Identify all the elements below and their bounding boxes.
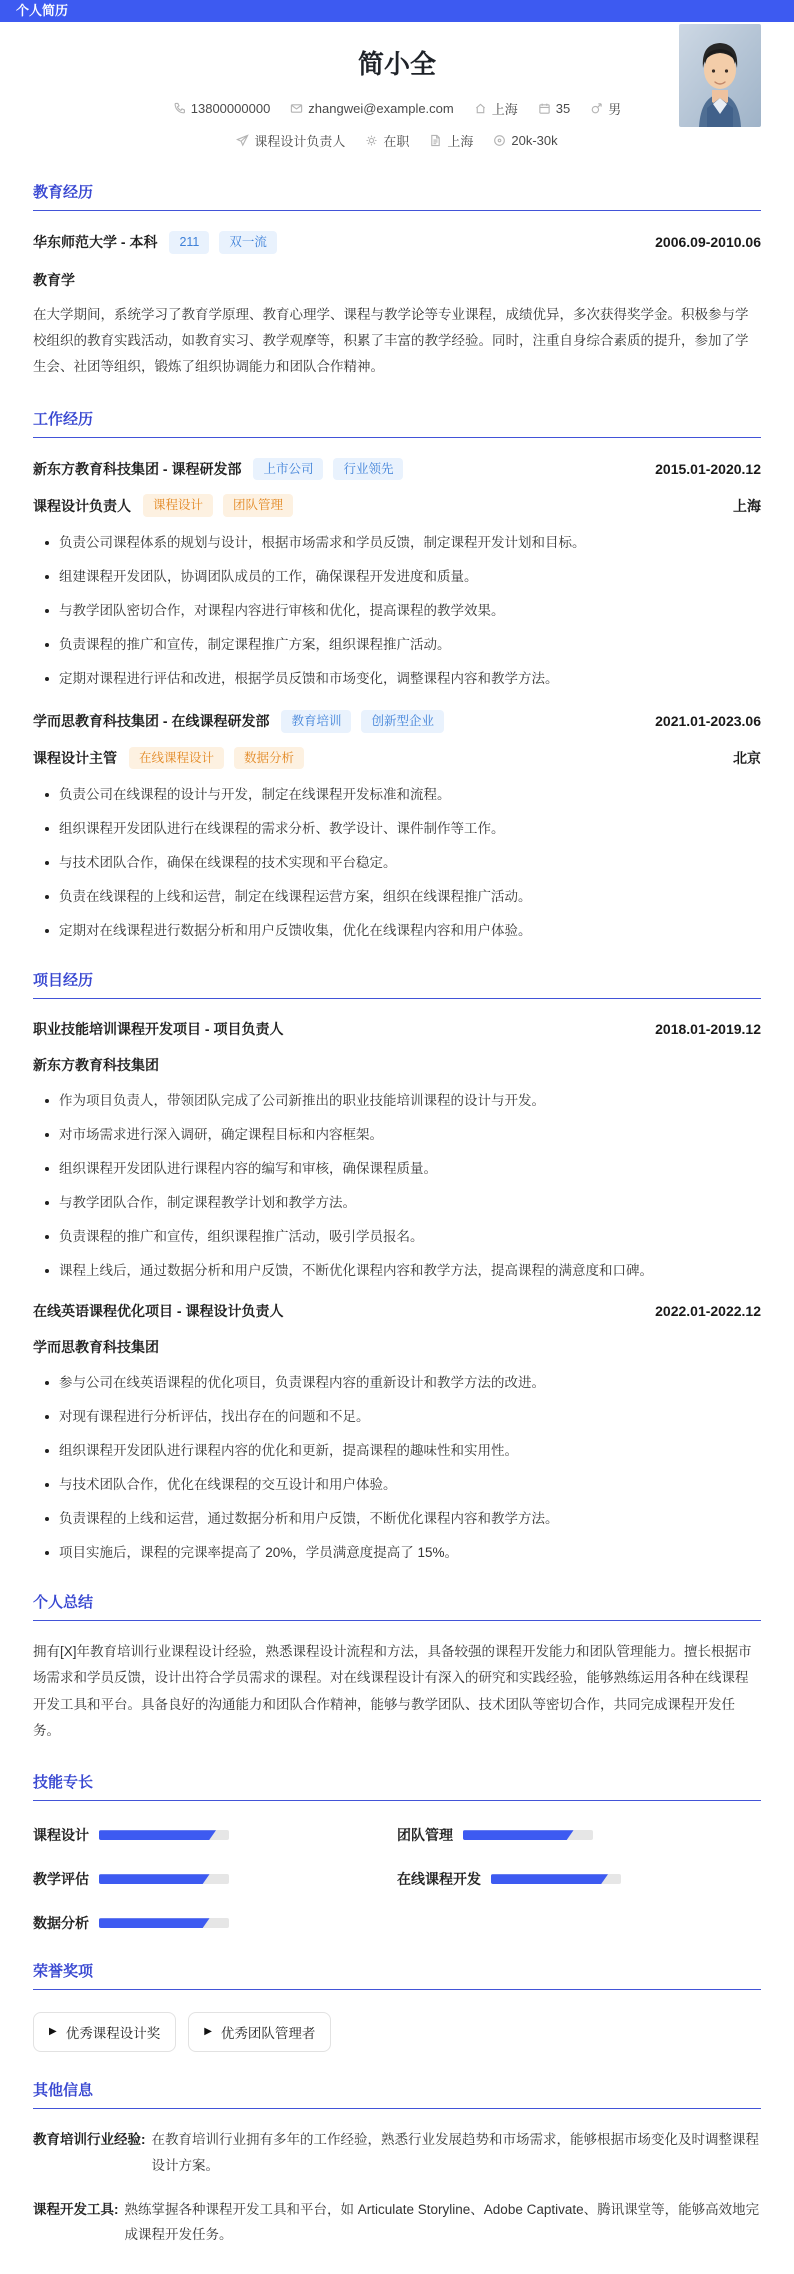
resume-header: 简小全 13800000000 zhangwei@example.com 上海 <box>33 22 761 154</box>
skill-row: 团队管理 <box>397 1825 761 1845</box>
work-date: 2021.01-2023.06 <box>655 713 761 729</box>
skill-bar-track <box>99 1830 229 1840</box>
section-summary: 个人总结 拥有[X]年教育培训行业课程设计经验，熟悉课程设计流程和方法，具备较强… <box>33 1591 761 1744</box>
age-value: 35 <box>556 101 570 116</box>
city-item: 上海 <box>429 131 473 150</box>
position-icon <box>236 134 249 147</box>
work-entry-head: 新东方教育科技集团 - 课程研发部 上市公司 行业领先 2015.01-2020… <box>33 458 761 481</box>
other-item-label: 课程开发工具: <box>33 2197 119 2248</box>
skill-label: 课程设计 <box>33 1825 89 1845</box>
project-title: 在线英语课程优化项目 - 课程设计负责人 <box>33 1301 283 1321</box>
project-bullet: 作为项目负责人，带领团队完成了公司新推出的职业技能培训课程的设计与开发。 <box>45 1091 761 1112</box>
work-bullet: 负责公司在线课程的设计与开发，制定在线课程开发标准和流程。 <box>45 785 761 806</box>
honor-badge-button[interactable]: ▶ 优秀团队管理者 <box>188 2012 331 2052</box>
other-item-label: 教育培训行业经验: <box>33 2127 146 2178</box>
skill-bar-track <box>99 1874 229 1884</box>
play-triangle-icon: ▶ <box>49 2027 57 2037</box>
company-name: 学而思教育科技集团 - 在线课程研发部 <box>33 711 269 731</box>
phone-value: 13800000000 <box>191 101 271 116</box>
work-location: 上海 <box>733 496 761 516</box>
profile-photo <box>679 24 761 127</box>
summary-heading: 个人总结 <box>33 1591 761 1621</box>
position-title: 课程设计负责人 <box>33 496 131 516</box>
status-value: 在职 <box>383 131 409 150</box>
skill-label: 团队管理 <box>397 1825 453 1845</box>
company-tags: 上市公司 行业领先 <box>253 458 403 481</box>
age-item: 35 <box>538 101 570 116</box>
position-item: 课程设计负责人 <box>236 131 345 150</box>
company-tag: 教育培训 <box>281 710 351 733</box>
summary-text: 拥有[X]年教育培训行业课程设计经验，熟悉课程设计流程和方法，具备较强的课程开发… <box>33 1639 761 1744</box>
age-icon <box>538 102 551 115</box>
projects-heading: 项目经历 <box>33 969 761 999</box>
project-bullet: 对现有课程进行分析评估，找出存在的问题和不足。 <box>45 1407 761 1428</box>
email-icon <box>290 102 303 115</box>
other-heading: 其他信息 <box>33 2079 761 2109</box>
work-entry-head: 学而思教育科技集团 - 在线课程研发部 教育培训 创新型企业 2021.01-2… <box>33 710 761 733</box>
phone-item: 13800000000 <box>173 101 271 116</box>
project-bullet: 组织课程开发团队进行课程内容的优化和更新，提高课程的趣味性和实用性。 <box>45 1441 761 1462</box>
work-bullet: 与技术团队合作，确保在线课程的技术实现和平台稳定。 <box>45 853 761 874</box>
skill-row: 教学评估 <box>33 1869 397 1889</box>
phone-icon <box>173 102 186 115</box>
salary-value: 20k-30k <box>511 133 557 148</box>
app-titlebar: 个人简历 <box>0 0 794 22</box>
skill-row: 课程设计 <box>33 1825 397 1845</box>
home-icon <box>474 102 487 115</box>
skill-bar-fill <box>463 1830 574 1840</box>
skill-row: 数据分析 <box>33 1913 397 1933</box>
work-entry: 学而思教育科技集团 - 在线课程研发部 教育培训 创新型企业 2021.01-2… <box>33 710 761 942</box>
project-bullet: 负责课程的上线和运营，通过数据分析和用户反馈，不断优化课程内容和教学方法。 <box>45 1509 761 1530</box>
work-bullet: 组织课程开发团队进行在线课程的需求分析、教学设计、课件制作等工作。 <box>45 819 761 840</box>
position-tags: 在线课程设计 数据分析 <box>129 747 304 770</box>
email-item: zhangwei@example.com <box>290 101 453 116</box>
section-projects: 项目经历 职业技能培训课程开发项目 - 项目负责人 2018.01-2019.1… <box>33 969 761 1564</box>
project-bullet: 负责课程的推广和宣传，组织课程推广活动，吸引学员报名。 <box>45 1227 761 1248</box>
education-tags: 211 双一流 <box>169 231 276 254</box>
project-entry-head: 职业技能培训课程开发项目 - 项目负责人 2018.01-2019.12 <box>33 1019 761 1039</box>
work-bullet: 组建课程开发团队，协调团队成员的工作，确保课程开发进度和质量。 <box>45 567 761 588</box>
company-tag: 行业领先 <box>333 458 403 481</box>
position-tag: 数据分析 <box>234 747 304 770</box>
skill-row: 在线课程开发 <box>397 1869 761 1889</box>
work-bullet: 定期对在线课程进行数据分析和用户反馈收集，优化在线课程内容和用户体验。 <box>45 921 761 942</box>
other-item-text: 熟练掌握各种课程开发工具和平台，如 Articulate Storyline、A… <box>125 2197 762 2248</box>
honors-heading: 荣誉奖项 <box>33 1960 761 1990</box>
skills-grid: 课程设计 团队管理 教学评估 在线课程开发 数据分析 <box>33 1825 761 1933</box>
skill-label: 教学评估 <box>33 1869 89 1889</box>
work-bullet: 定期对课程进行评估和改进，根据学员反馈和市场变化，调整课程内容和教学方法。 <box>45 669 761 690</box>
gender-value: 男 <box>608 99 621 118</box>
work-bullet: 负责在线课程的上线和运营，制定在线课程运营方案，组织在线课程推广活动。 <box>45 887 761 908</box>
gender-item: 男 <box>590 99 621 118</box>
project-entry: 职业技能培训课程开发项目 - 项目负责人 2018.01-2019.12 新东方… <box>33 1019 761 1282</box>
position-tags: 课程设计 团队管理 <box>143 494 293 517</box>
education-heading: 教育经历 <box>33 181 761 211</box>
project-org: 新东方教育科技集团 <box>33 1055 761 1075</box>
school-name: 华东师范大学 - 本科 <box>33 232 157 252</box>
location-item: 上海 <box>474 99 518 118</box>
position-value: 课程设计负责人 <box>254 131 345 150</box>
company-tag: 上市公司 <box>253 458 323 481</box>
email-value: zhangwei@example.com <box>308 101 453 116</box>
project-bullet: 项目实施后，课程的完课率提高了 20%，学员满意度提高了 15%。 <box>45 1543 761 1564</box>
skill-bar-fill <box>99 1918 210 1928</box>
education-tag: 双一流 <box>219 231 277 254</box>
other-info-item: 教育培训行业经验: 在教育培训行业拥有多年的工作经验，熟悉行业发展趋势和市场需求… <box>33 2127 761 2178</box>
gender-icon <box>590 102 603 115</box>
other-info-item: 课程开发工具: 熟练掌握各种课程开发工具和平台，如 Articulate Sto… <box>33 2197 761 2248</box>
project-title: 职业技能培训课程开发项目 - 项目负责人 <box>33 1019 283 1039</box>
work-position-head: 课程设计负责人 课程设计 团队管理 上海 <box>33 494 761 517</box>
project-bullet: 课程上线后，通过数据分析和用户反馈，不断优化课程内容和教学方法，提高课程的满意度… <box>45 1261 761 1282</box>
skill-label: 数据分析 <box>33 1913 89 1933</box>
salary-item: 20k-30k <box>493 133 557 148</box>
play-triangle-icon: ▶ <box>204 2027 212 2037</box>
section-skills: 技能专长 课程设计 团队管理 教学评估 在线课程开发 数据分析 <box>33 1771 761 1933</box>
contact-row-1: 13800000000 zhangwei@example.com 上海 35 <box>33 99 761 118</box>
status-item: 在职 <box>365 131 409 150</box>
education-date: 2006.09-2010.06 <box>655 234 761 250</box>
salary-icon <box>493 134 506 147</box>
project-date: 2022.01-2022.12 <box>655 1303 761 1319</box>
work-bullet-list: 负责公司在线课程的设计与开发，制定在线课程开发标准和流程。 组织课程开发团队进行… <box>33 785 761 942</box>
contact-row-2: 课程设计负责人 在职 上海 20k-30k <box>33 131 761 150</box>
honor-label: 优秀团队管理者 <box>221 2022 316 2042</box>
work-location: 北京 <box>733 748 761 768</box>
education-tag: 211 <box>169 231 209 254</box>
work-position-head: 课程设计主管 在线课程设计 数据分析 北京 <box>33 747 761 770</box>
section-work: 工作经历 新东方教育科技集团 - 课程研发部 上市公司 行业领先 2015.01… <box>33 408 761 942</box>
project-bullet-list: 参与公司在线英语课程的优化项目，负责课程内容的重新设计和教学方法的改进。 对现有… <box>33 1373 761 1564</box>
position-tag: 团队管理 <box>223 494 293 517</box>
resume-page: 简小全 13800000000 zhangwei@example.com 上海 <box>0 22 794 2274</box>
work-bullet: 负责课程的推广和宣传，制定课程推广方案，组织课程推广活动。 <box>45 635 761 656</box>
project-org: 学而思教育科技集团 <box>33 1337 761 1357</box>
skill-bar-fill <box>491 1874 608 1884</box>
education-entry-head: 华东师范大学 - 本科 211 双一流 2006.09-2010.06 <box>33 231 761 254</box>
honor-label: 优秀课程设计奖 <box>66 2022 161 2042</box>
section-education: 教育经历 华东师范大学 - 本科 211 双一流 2006.09-2010.06… <box>33 181 761 381</box>
page-title: 个人简历 <box>16 3 68 18</box>
position-tag: 在线课程设计 <box>129 747 224 770</box>
skills-heading: 技能专长 <box>33 1771 761 1801</box>
work-bullet-list: 负责公司课程体系的规划与设计，根据市场需求和学员反馈，制定课程开发计划和目标。 … <box>33 533 761 690</box>
candidate-name: 简小全 <box>33 44 761 81</box>
education-description: 在大学期间，系统学习了教育学原理、教育心理学、课程与教学论等专业课程，成绩优异，… <box>33 302 761 381</box>
project-bullet: 参与公司在线英语课程的优化项目，负责课程内容的重新设计和教学方法的改进。 <box>45 1373 761 1394</box>
company-tag: 创新型企业 <box>361 710 444 733</box>
skill-bar-fill <box>99 1830 216 1840</box>
education-major: 教育学 <box>33 270 761 290</box>
work-date: 2015.01-2020.12 <box>655 461 761 477</box>
honor-badge-button[interactable]: ▶ 优秀课程设计奖 <box>33 2012 176 2052</box>
project-bullet: 与教学团队合作，制定课程教学计划和教学方法。 <box>45 1193 761 1214</box>
city-icon <box>429 134 442 147</box>
position-title: 课程设计主管 <box>33 748 117 768</box>
company-tags: 教育培训 创新型企业 <box>281 710 444 733</box>
skill-bar-track <box>491 1874 621 1884</box>
other-item-text: 在教育培训行业拥有多年的工作经验，熟悉行业发展趋势和市场需求，能够根据市场变化及… <box>152 2127 762 2178</box>
honors-list: ▶ 优秀课程设计奖 ▶ 优秀团队管理者 <box>33 2012 761 2052</box>
project-date: 2018.01-2019.12 <box>655 1021 761 1037</box>
project-entry: 在线英语课程优化项目 - 课程设计负责人 2022.01-2022.12 学而思… <box>33 1301 761 1564</box>
project-bullet: 组织课程开发团队进行课程内容的编写和审核，确保课程质量。 <box>45 1159 761 1180</box>
location-value: 上海 <box>492 99 518 118</box>
skill-bar-track <box>99 1918 229 1928</box>
skill-bar-track <box>463 1830 593 1840</box>
skill-label: 在线课程开发 <box>397 1869 481 1889</box>
work-bullet: 与教学团队密切合作，对课程内容进行审核和优化，提高课程的教学效果。 <box>45 601 761 622</box>
company-name: 新东方教育科技集团 - 课程研发部 <box>33 459 241 479</box>
skill-bar-fill <box>99 1874 210 1884</box>
work-heading: 工作经历 <box>33 408 761 438</box>
section-honors: 荣誉奖项 ▶ 优秀课程设计奖 ▶ 优秀团队管理者 <box>33 1960 761 2052</box>
position-tag: 课程设计 <box>143 494 213 517</box>
project-bullet-list: 作为项目负责人，带领团队完成了公司新推出的职业技能培训课程的设计与开发。 对市场… <box>33 1091 761 1282</box>
city-value: 上海 <box>447 131 473 150</box>
work-bullet: 负责公司课程体系的规划与设计，根据市场需求和学员反馈，制定课程开发计划和目标。 <box>45 533 761 554</box>
project-entry-head: 在线英语课程优化项目 - 课程设计负责人 2022.01-2022.12 <box>33 1301 761 1321</box>
project-bullet: 与技术团队合作，优化在线课程的交互设计和用户体验。 <box>45 1475 761 1496</box>
work-entry: 新东方教育科技集团 - 课程研发部 上市公司 行业领先 2015.01-2020… <box>33 458 761 690</box>
project-bullet: 对市场需求进行深入调研，确定课程目标和内容框架。 <box>45 1125 761 1146</box>
status-icon <box>365 134 378 147</box>
section-other: 其他信息 教育培训行业经验: 在教育培训行业拥有多年的工作经验，熟悉行业发展趋势… <box>33 2079 761 2248</box>
